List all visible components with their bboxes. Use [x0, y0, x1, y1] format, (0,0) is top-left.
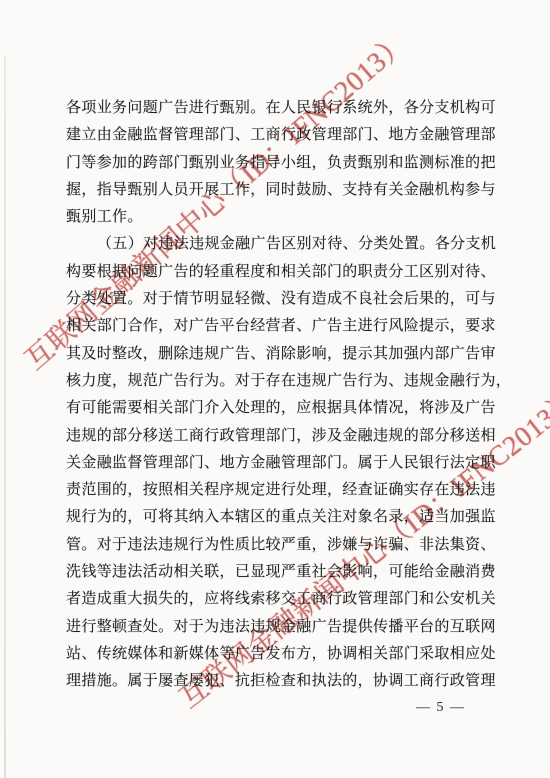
text-line: 甄别工作。 [66, 204, 496, 231]
document-page: 互联网金融新闻中心（ID：IFNC2013） 互联网金融新闻中心（ID：IFNC… [0, 0, 550, 778]
page-number: — 5 — [416, 700, 466, 716]
text-line: 违规的部分移送工商行政管理部门，涉及金融违规的部分移送相 [66, 423, 496, 450]
text-line: 相关部门合作，对广告平台经营者、广告主进行风险提示，要求 [66, 313, 496, 340]
text-line: 站、传统媒体和新媒体等广告发布方，协调相关部门采取相应处 [66, 641, 496, 668]
text-line: 构要根据问题广告的轻重程度和相关部门的职责分工区别对待、 [66, 259, 496, 286]
text-line: （五）对违法违规金融广告区别对待、分类处置。各分支机 [66, 231, 496, 258]
scan-edge-artifact [4, 56, 6, 778]
text-line: 规行为的，可将其纳入本辖区的重点关注对象名录，适当加强监 [66, 504, 496, 531]
text-line: 关金融监督管理部门、地方金融管理部门。属于人民银行法定职 [66, 450, 496, 477]
text-line: 建立由金融监督管理部门、工商行政管理部门、地方金融管理部 [66, 122, 496, 149]
text-line: 握，指导甄别人员开展工作，同时鼓励、支持有关金融机构参与 [66, 177, 496, 204]
text-line: 者造成重大损失的，应将线索移交工商行政管理部门和公安机关 [66, 586, 496, 613]
text-line: 核力度，规范广告行为。对于存在违规广告行为、违规金融行为， [66, 368, 496, 395]
text-line: 各项业务问题广告进行甄别。在人民银行系统外，各分支机构可 [66, 95, 496, 122]
text-line: 分类处置。对于情节明显轻微、没有造成不良社会后果的，可与 [66, 286, 496, 313]
text-line: 理措施。属于屡查屡犯、抗拒检查和执法的，协调工商行政管理 [66, 668, 496, 695]
text-line: 管。对于违法违规行为性质比较严重，涉嫌与诈骗、非法集资、 [66, 532, 496, 559]
text-line: 其及时整改，删除违规广告、消除影响，提示其加强内部广告审 [66, 341, 496, 368]
page-content: 各项业务问题广告进行甄别。在人民银行系统外，各分支机构可 建立由金融监督管理部门… [66, 95, 496, 696]
text-line: 责范围的，按照相关程序规定进行处理，经查证确实存在违法违 [66, 477, 496, 504]
text-line: 洗钱等违法活动相关联，已显现严重社会影响，可能给金融消费 [66, 559, 496, 586]
text-line: 门等参加的跨部门甄别业务指导小组，负责甄别和监测标准的把 [66, 150, 496, 177]
text-line: 进行整顿查处。对于为违法违规金融广告提供传播平台的互联网 [66, 614, 496, 641]
text-line: 有可能需要相关部门介入处理的，应根据具体情况，将涉及广告 [66, 395, 496, 422]
